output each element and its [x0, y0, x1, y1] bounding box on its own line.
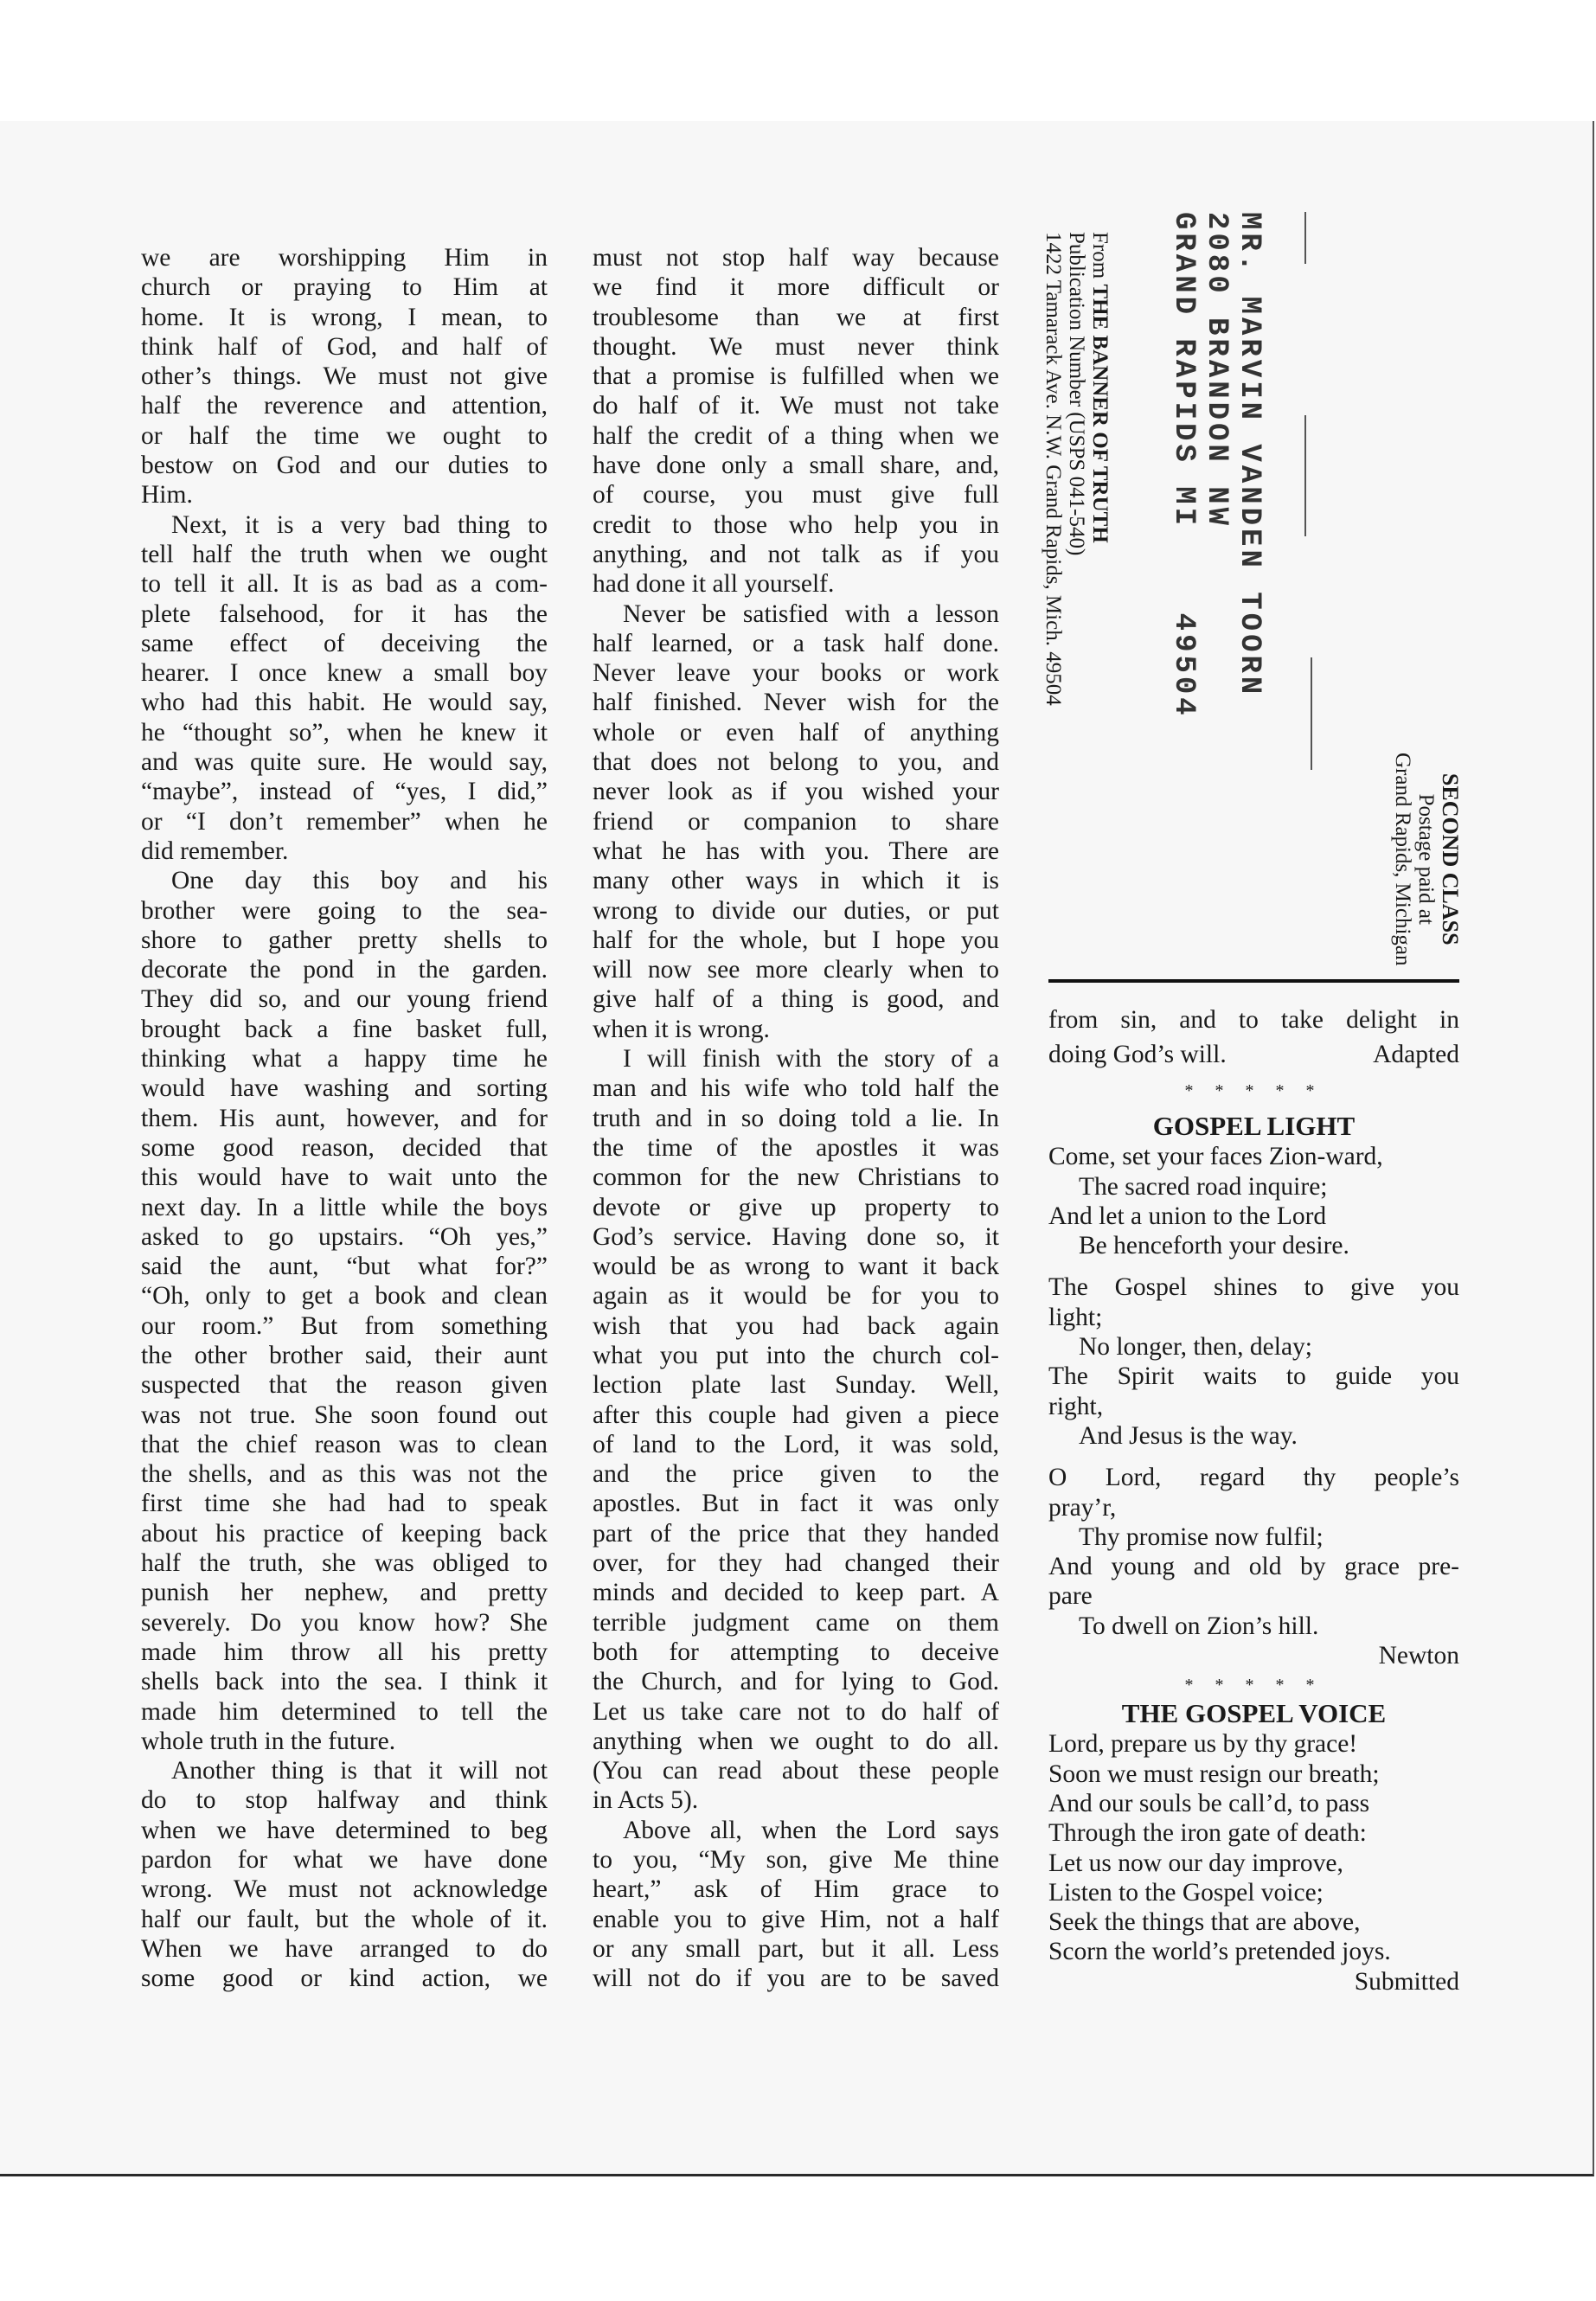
text-line: asked to go upstairs. “Oh yes,” — [141, 1222, 548, 1252]
stanza-gap — [1048, 1451, 1459, 1463]
poem-line: To dwell on Zion’s hill. — [1048, 1612, 1459, 1641]
address-line-city: GRAND RAPIDS MI 49504 — [1167, 212, 1200, 719]
text-line: shells back into the sea. I think it — [141, 1667, 548, 1696]
text-line: hearer. I once knew a small boy — [141, 658, 548, 688]
text-line: when it is wrong. — [593, 1015, 999, 1044]
from-prefix: From — [1088, 232, 1112, 279]
text-line: half finished. Never wish for the — [593, 688, 999, 717]
text-line: give half of a thing is good, and — [593, 984, 999, 1014]
text-line: made him throw all his pretty — [141, 1638, 548, 1667]
return-address: From THE BANNER OF TRUTH Publication Num… — [1042, 232, 1112, 706]
poem-gospel-voice: Lord, prepare us by thy grace!Soon we mu… — [1048, 1729, 1459, 1966]
text-line: “maybe”, instead of “yes, I did,” — [141, 777, 548, 806]
text-line: Another thing is that it will not — [141, 1756, 548, 1785]
mailing-address-label: MR. MARVIN VANDEN TOORN 2080 BRANDON NW … — [1167, 212, 1266, 719]
text-line: (You can read about these people — [593, 1756, 999, 1785]
text-line: brother were going to the sea- — [141, 896, 548, 926]
text-line: apostles. But in fact it was only — [593, 1489, 999, 1518]
text-line: about his practice of keeping back — [141, 1519, 548, 1548]
poem-line: Through the iron gate of death: — [1048, 1818, 1459, 1848]
text-line: common for the new Christians to — [593, 1163, 999, 1192]
poem-line: right, — [1048, 1392, 1459, 1421]
text-line: do half of it. We must not take — [593, 391, 999, 420]
poem-line: And young and old by grace pre- — [1048, 1552, 1459, 1581]
text-line: this would have to wait unto the — [141, 1163, 548, 1192]
poem-title-gospel-voice: THE GOSPEL VOICE — [1048, 1698, 1459, 1729]
text-line: the shells, and as this was not the — [141, 1459, 548, 1489]
text-line: “Oh, only to get a book and clean — [141, 1281, 548, 1311]
label-edge-mark — [1304, 212, 1306, 264]
text-line: Let us take care not to do half of — [593, 1697, 999, 1727]
text-line: half for the whole, but I hope you — [593, 926, 999, 955]
text-line: have done only a small share, and, — [593, 451, 999, 480]
poem-line: And let a union to the Lord — [1048, 1202, 1459, 1231]
credit-submitted: Submitted — [1048, 1967, 1459, 1997]
poem-line: Lord, prepare us by thy grace! — [1048, 1729, 1459, 1759]
text-line: Him. — [141, 480, 548, 510]
text-line: truth and in so doing told a lie. In — [593, 1104, 999, 1133]
text-line: what you put into the church col- — [593, 1341, 999, 1370]
text-line: enable you to give Him, not a half — [593, 1905, 999, 1934]
text-line: or any small part, but it all. Less — [593, 1934, 999, 1964]
text-line: the Church, and for lying to God. — [593, 1667, 999, 1696]
poem-line: Let us now our day improve, — [1048, 1849, 1459, 1878]
text-line: the other brother said, their aunt — [141, 1341, 548, 1370]
continuation-line: doing God’s will. — [1048, 1040, 1227, 1069]
text-line: Above all, when the Lord says — [593, 1816, 999, 1845]
text-line: think half of God, and half of — [141, 332, 548, 362]
text-line: half the credit of a thing when we — [593, 421, 999, 451]
poem-line: Soon we must resign our breath; — [1048, 1759, 1459, 1789]
text-line: said the aunt, “but what for?” — [141, 1252, 548, 1281]
text-line: in Acts 5). — [593, 1785, 999, 1815]
text-line: One day this boy and his — [141, 866, 548, 895]
text-line: I will finish with the story of a — [593, 1044, 999, 1074]
mailing-divider-rule — [1048, 979, 1459, 983]
article-column-2: must not stop half way becausewe find it… — [593, 243, 999, 1994]
poem-line: The Spirit waits to guide you — [1048, 1362, 1459, 1391]
text-line: some good or kind action, we — [141, 1964, 548, 1993]
text-line: and the price given to the — [593, 1459, 999, 1489]
continuation-line: from sin, and to take delight in — [1048, 1005, 1459, 1035]
text-line: decorate the pond in the garden. — [141, 955, 548, 984]
text-line: They did so, and our young friend — [141, 984, 548, 1014]
postage-paid-label: Postage paid at — [1414, 753, 1438, 965]
text-line: Next, it is a very bad thing to — [141, 510, 548, 540]
text-line: to tell it all. It is as bad as a com- — [141, 569, 548, 599]
text-line: what he has with you. There are — [593, 836, 999, 866]
section-separator: * * * * * — [1048, 1076, 1459, 1100]
text-line: tell half the truth when we ought — [141, 540, 548, 569]
text-line: plete falsehood, for it has the — [141, 599, 548, 629]
text-line: do to stop halfway and think — [141, 1785, 548, 1815]
text-line: credit to those who help you in — [593, 510, 999, 540]
text-line: did remember. — [141, 836, 548, 866]
poem-line: Listen to the Gospel voice; — [1048, 1878, 1459, 1907]
text-line: over, for they had changed their — [593, 1548, 999, 1578]
text-line: minds and decided to keep part. A — [593, 1578, 999, 1607]
poem-line: Scorn the world’s pretended joys. — [1048, 1937, 1459, 1966]
poem-line: The Gospel shines to give you — [1048, 1272, 1459, 1302]
text-line: some good reason, decided that — [141, 1133, 548, 1163]
text-line: punish her nephew, and pretty — [141, 1578, 548, 1607]
text-line: wrong to divide our duties, or put — [593, 896, 999, 926]
text-line: many other ways in which it is — [593, 866, 999, 895]
label-edge-mark — [1311, 657, 1312, 770]
text-line: them. His aunt, however, and for — [141, 1104, 548, 1133]
text-line: devote or give up property to — [593, 1193, 999, 1222]
text-line: suspected that the reason given — [141, 1370, 548, 1400]
text-line: after this couple had given a piece — [593, 1400, 999, 1430]
second-class-label: SECOND CLASS — [1438, 773, 1463, 945]
text-line: would have washing and sorting — [141, 1074, 548, 1103]
credit-adapted: Adapted — [1373, 1040, 1459, 1069]
publication-name: THE BANNER OF TRUTH — [1088, 284, 1112, 542]
text-line: anything when we ought to do all. — [593, 1727, 999, 1756]
text-line: when we have determined to beg — [141, 1816, 548, 1845]
text-line: we find it more difficult or — [593, 272, 999, 302]
text-line: our room.” But from something — [141, 1311, 548, 1341]
text-line: anything, and not talk as if you — [593, 540, 999, 569]
text-line: lection plate last Sunday. Well, — [593, 1370, 999, 1400]
text-line: God’s service. Having done so, it — [593, 1222, 999, 1252]
return-street: 1422 Tamarack Ave. N.W. Grand Rapids, Mi… — [1042, 232, 1065, 706]
text-line: severely. Do you know how? She — [141, 1608, 548, 1638]
text-line: was not true. She soon found out — [141, 1400, 548, 1430]
poem-line: No longer, then, delay; — [1048, 1332, 1459, 1362]
text-line: will not do if you are to be saved — [593, 1964, 999, 1993]
text-line: half the reverence and attention, — [141, 391, 548, 420]
text-line: will now see more clearly when to — [593, 955, 999, 984]
text-line: Never leave your books or work — [593, 658, 999, 688]
poem-line: light; — [1048, 1303, 1459, 1332]
text-line: Never be satisfied with a lesson — [593, 599, 999, 629]
postage-indicia: SECOND CLASS Postage paid at Grand Rapid… — [1391, 753, 1462, 965]
poem-line: pare — [1048, 1581, 1459, 1611]
text-line: thinking what a happy time he — [141, 1044, 548, 1074]
poem-line: And Jesus is the way. — [1048, 1421, 1459, 1451]
text-line: man and his wife who told half the — [593, 1074, 999, 1103]
text-line: half learned, or a task half done. — [593, 629, 999, 658]
article-column-1: we are worshipping Him inchurch or prayi… — [141, 243, 548, 1994]
text-line: must not stop half way because — [593, 243, 999, 272]
text-line: would be as wrong to want it back — [593, 1252, 999, 1281]
address-line-street: 2080 BRANDON NW — [1200, 212, 1233, 719]
text-line: whole or even half of anything — [593, 718, 999, 747]
article-column-3: from sin, and to take delight in doing G… — [1048, 1005, 1459, 1997]
text-line: to you, “My son, give Me thine — [593, 1845, 999, 1875]
text-line: brought back a fine basket full, — [141, 1015, 548, 1044]
text-line: or “I don’t remember” when he — [141, 807, 548, 836]
text-line: that does not belong to you, and — [593, 747, 999, 777]
poem-line: The sacred road inquire; — [1048, 1172, 1459, 1202]
postage-city: Grand Rapids, Michigan — [1391, 753, 1414, 965]
text-line: thought. We must never think — [593, 332, 999, 362]
publication-number: Publication Number (USPS 041-540) — [1065, 232, 1088, 706]
poem-line: Come, set your faces Zion-ward, — [1048, 1142, 1459, 1171]
poem-title-gospel-light: GOSPEL LIGHT — [1048, 1111, 1459, 1142]
text-line: never look as if you wished your — [593, 777, 999, 806]
text-line: again as it would be for you to — [593, 1281, 999, 1311]
text-line: we are worshipping Him in — [141, 243, 548, 272]
poem-line: And our souls be call’d, to pass — [1048, 1789, 1459, 1818]
text-line: church or praying to Him at — [141, 272, 548, 302]
text-line: troublesome than we at first — [593, 303, 999, 332]
text-line: friend or companion to share — [593, 807, 999, 836]
text-line: or half the time we ought to — [141, 421, 548, 451]
poem-line: Be henceforth your desire. — [1048, 1231, 1459, 1260]
text-line: had done it all yourself. — [593, 569, 999, 599]
text-line: and was quite sure. He would say, — [141, 747, 548, 777]
text-line: pardon for what we have done — [141, 1845, 548, 1875]
text-line: next day. In a little while the boys — [141, 1193, 548, 1222]
text-line: wrong. We must not acknowledge — [141, 1875, 548, 1904]
text-line: home. It is wrong, I mean, to — [141, 303, 548, 332]
text-line: part of the price that they handed — [593, 1519, 999, 1548]
text-line: the time of the apostles it was — [593, 1133, 999, 1163]
text-line: half the truth, she was obliged to — [141, 1548, 548, 1578]
text-line: heart,” ask of Him grace to — [593, 1875, 999, 1904]
credit-newton: Newton — [1048, 1641, 1459, 1670]
text-line: other’s things. We must not give — [141, 362, 548, 391]
text-line: who had this habit. He would say, — [141, 688, 548, 717]
text-line: whole truth in the future. — [141, 1727, 548, 1756]
text-line: wish that you had back again — [593, 1311, 999, 1341]
poem-line: Seek the things that are above, — [1048, 1907, 1459, 1937]
text-line: terrible judgment came on them — [593, 1608, 999, 1638]
text-line: of land to the Lord, it was sold, — [593, 1430, 999, 1459]
poem-gospel-light: Come, set your faces Zion-ward,The sacre… — [1048, 1142, 1459, 1641]
section-separator: * * * * * — [1048, 1670, 1459, 1695]
text-line: shore to gather pretty shells to — [141, 926, 548, 955]
text-line: he “thought so”, when he knew it — [141, 718, 548, 747]
poem-line: pray’r, — [1048, 1493, 1459, 1522]
poem-line: Thy promise now fulfil; — [1048, 1522, 1459, 1552]
text-line: half our fault, but the whole of it. — [141, 1905, 548, 1934]
text-line: made him determined to tell the — [141, 1697, 548, 1727]
text-line: of course, you must give full — [593, 480, 999, 510]
text-line: same effect of deceiving the — [141, 629, 548, 658]
text-line: that the chief reason was to clean — [141, 1430, 548, 1459]
poem-line: O Lord, regard thy people’s — [1048, 1463, 1459, 1492]
address-line-name: MR. MARVIN VANDEN TOORN — [1233, 212, 1266, 719]
text-line: both for attempting to deceive — [593, 1638, 999, 1667]
text-line: When we have arranged to do — [141, 1934, 548, 1964]
label-edge-mark — [1304, 415, 1306, 536]
text-line: bestow on God and our duties to — [141, 451, 548, 480]
text-line: that a promise is fulfilled when we — [593, 362, 999, 391]
stanza-gap — [1048, 1260, 1459, 1272]
text-line: first time she had had to speak — [141, 1489, 548, 1518]
